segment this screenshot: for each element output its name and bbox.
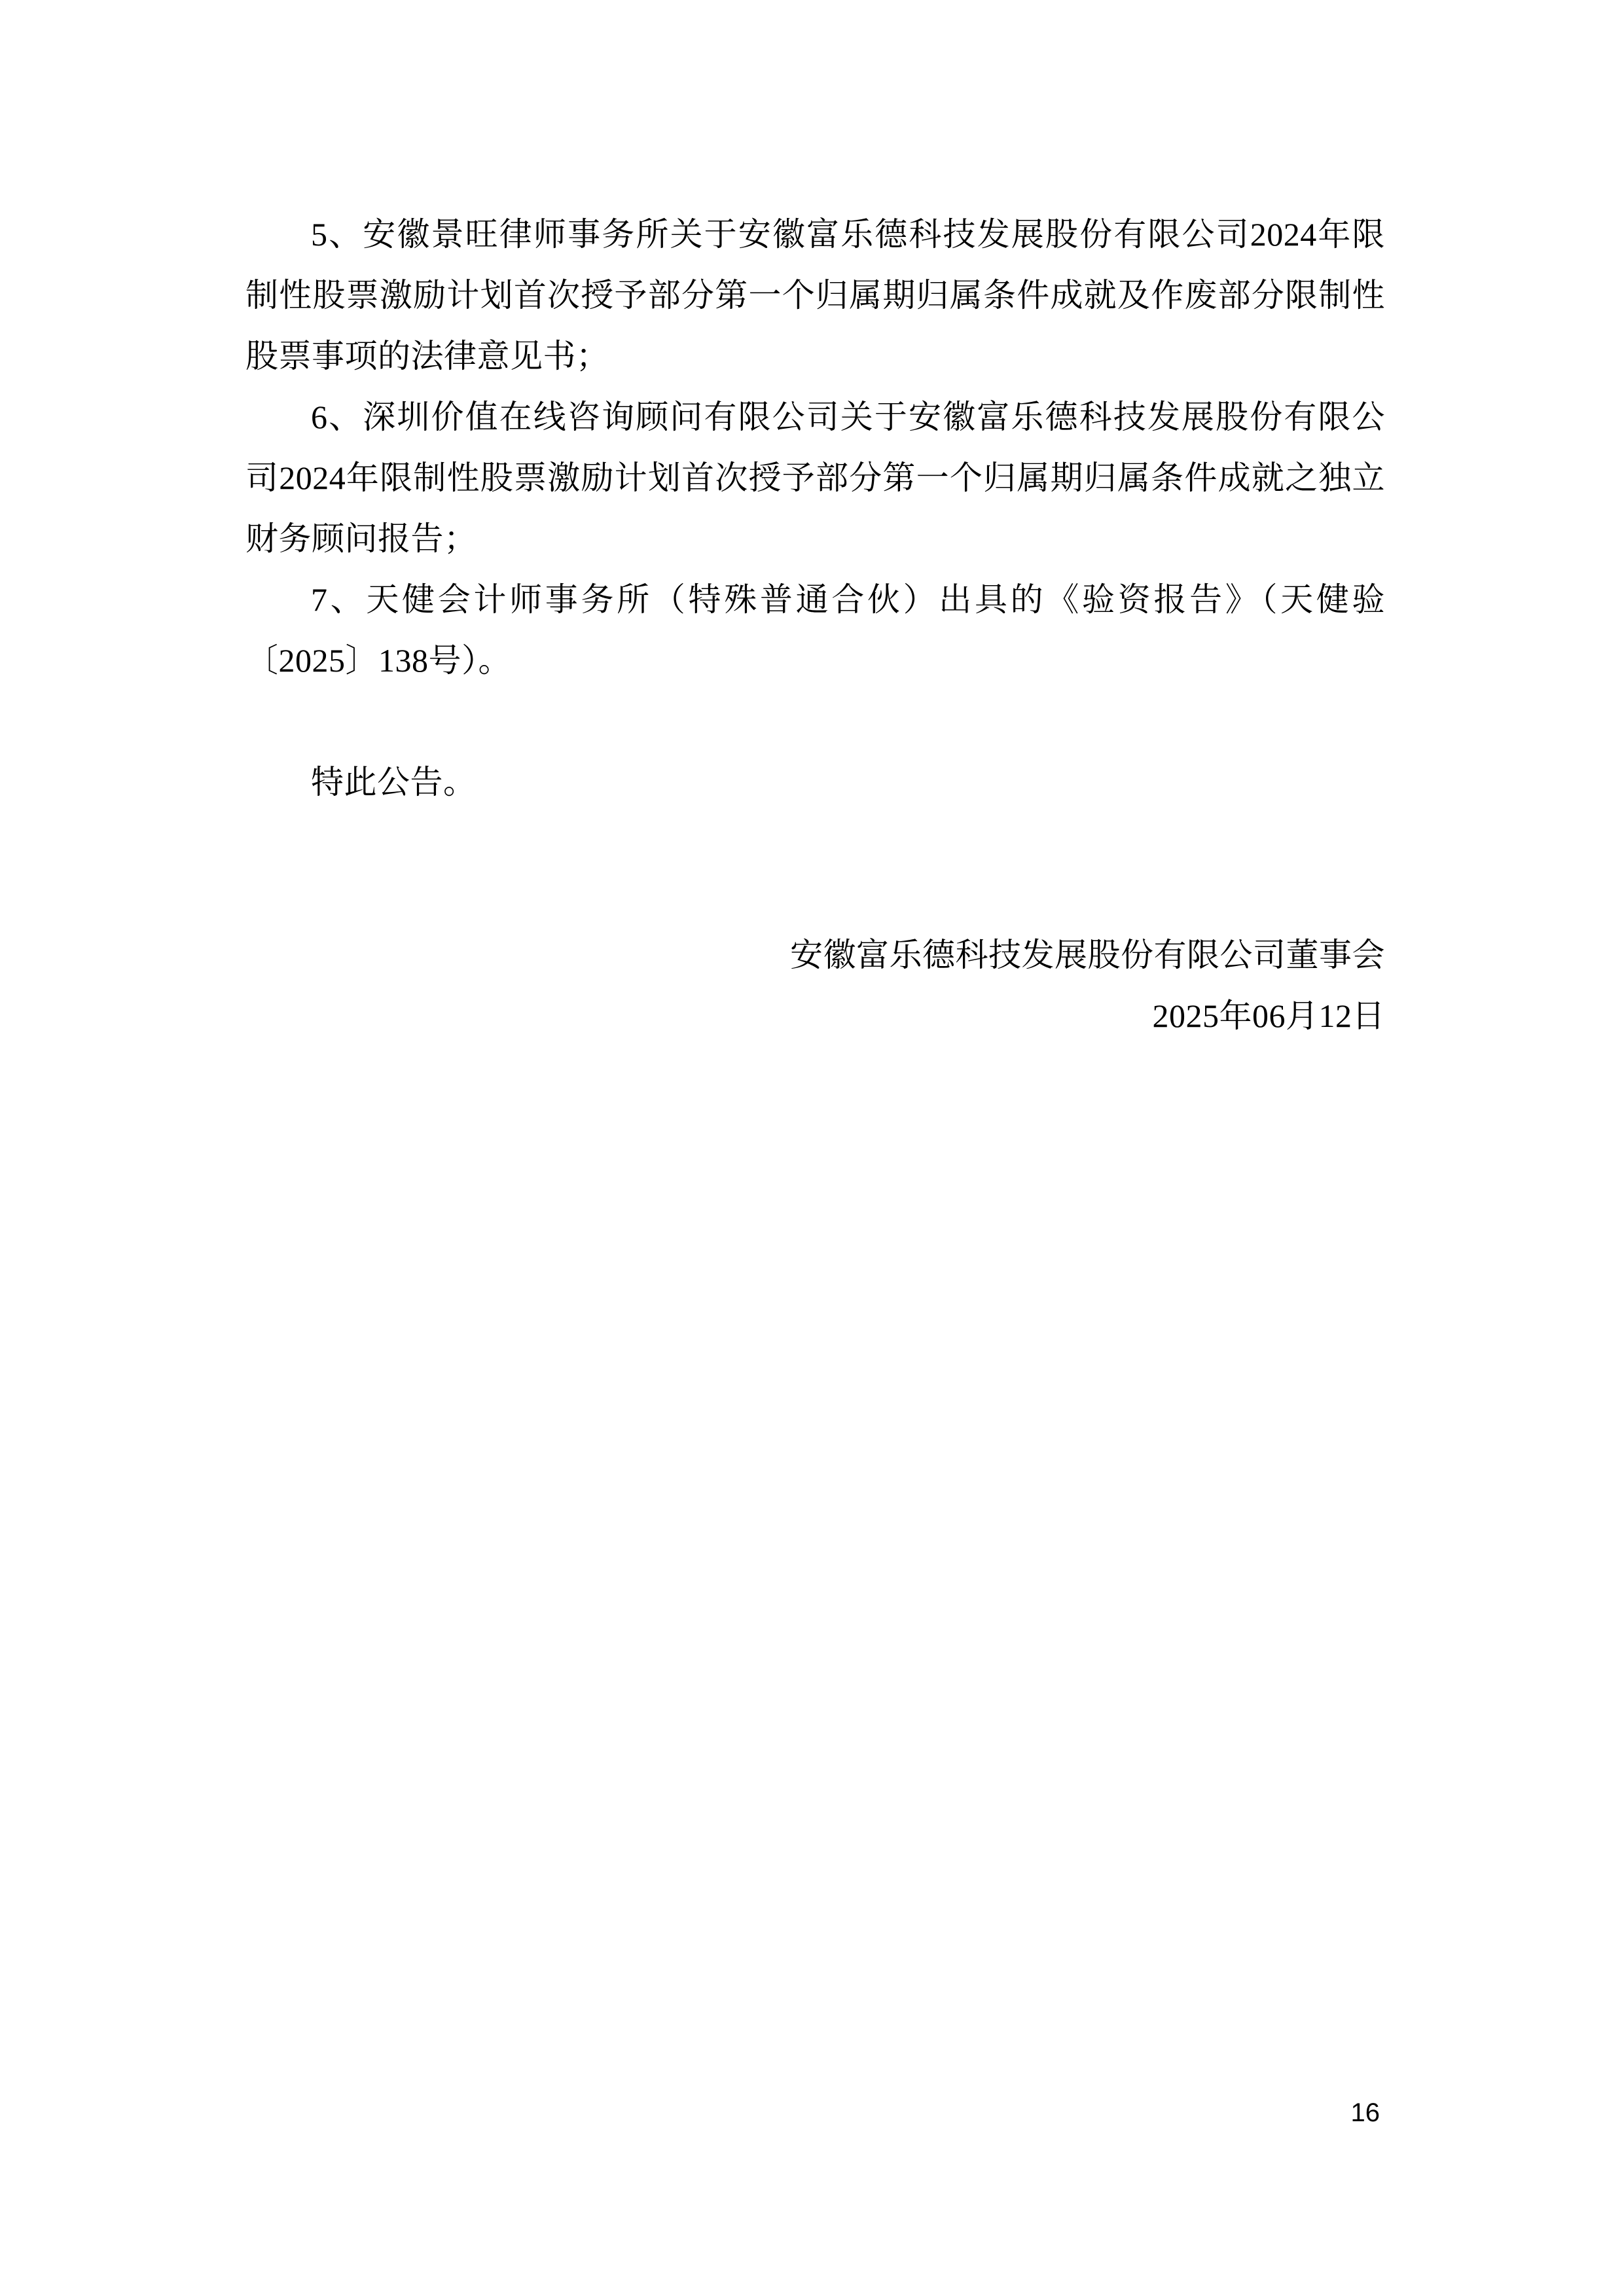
page-number: 16 (1351, 2098, 1380, 2128)
list-item-7: 7、天健会计师事务所（特殊普通合伙）出具的《验资报告》（天健验〔2025〕138… (245, 569, 1385, 691)
signature-date: 2025年06月12日 (245, 986, 1385, 1047)
list-item-5: 5、安徽景旺律师事务所关于安徽富乐德科技发展股份有限公司2024年限制性股票激励… (245, 204, 1385, 387)
document-page: 5、安徽景旺律师事务所关于安徽富乐德科技发展股份有限公司2024年限制性股票激励… (0, 0, 1624, 2296)
closing-statement: 特此公告。 (245, 752, 1385, 813)
signer-name: 安徽富乐德科技发展股份有限公司董事会 (245, 925, 1385, 986)
signature-block: 安徽富乐德科技发展股份有限公司董事会 2025年06月12日 (245, 925, 1385, 1047)
document-body: 5、安徽景旺律师事务所关于安徽富乐德科技发展股份有限公司2024年限制性股票激励… (245, 204, 1385, 1047)
list-item-6: 6、深圳价值在线咨询顾问有限公司关于安徽富乐德科技发展股份有限公司2024年限制… (245, 387, 1385, 569)
